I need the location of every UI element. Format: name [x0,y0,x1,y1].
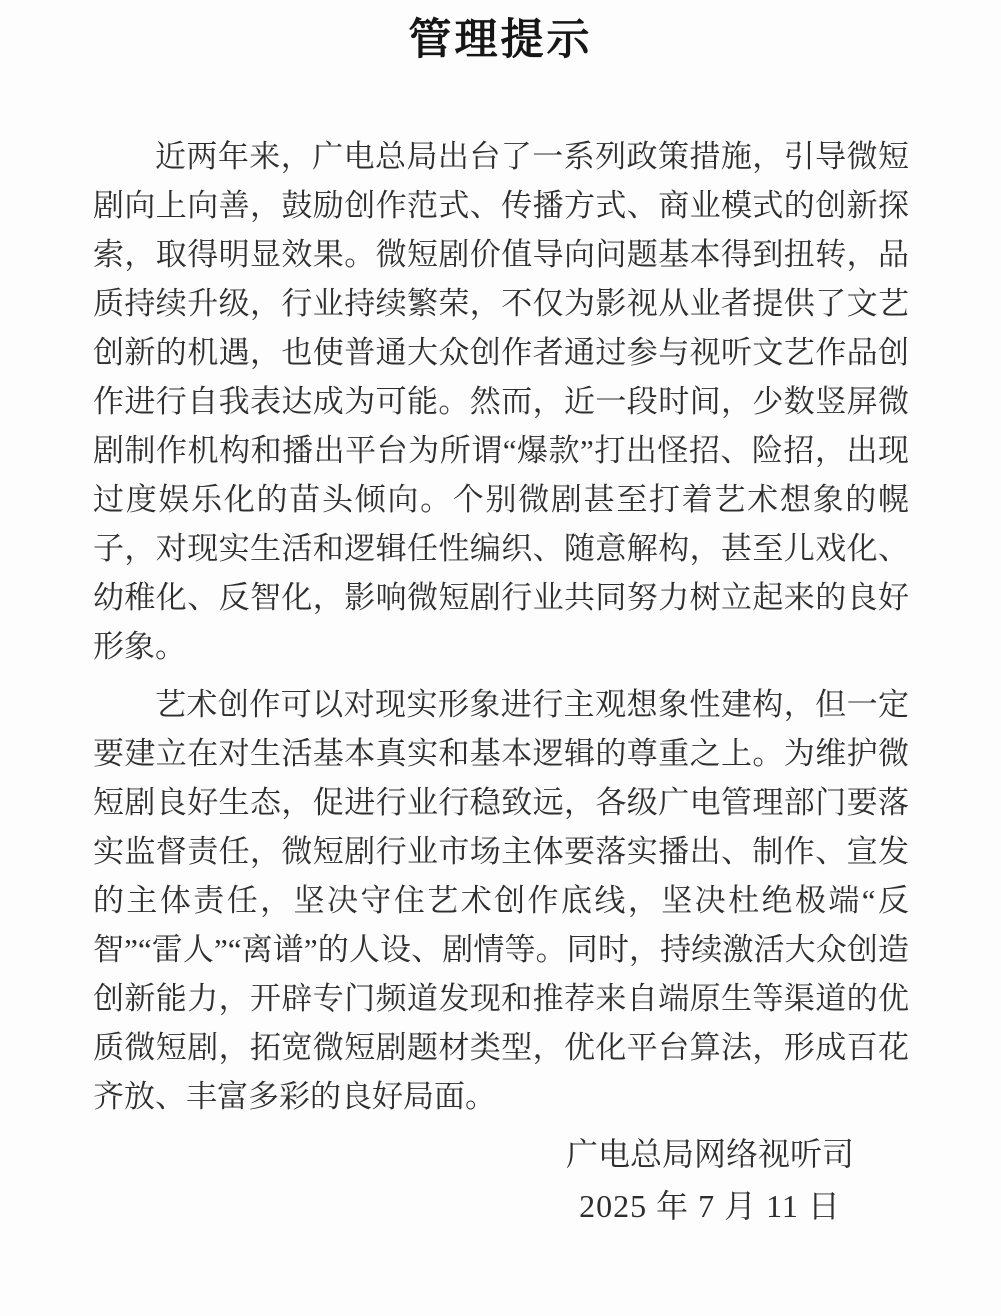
document-title: 管理提示 [0,0,1001,66]
signature-block: 广电总局网络视听司 2025 年 7 月 11 日 [420,1128,1000,1232]
paragraph-2: 艺术创作可以对现实形象进行主观想象性建构，但一定要建立在对生活基本真实和基本逻辑… [93,680,909,1121]
document-page: 管理提示 近两年来，广电总局出台了一系列政策措施，引导微短剧向上向善，鼓励创作范… [0,0,1001,1316]
signature-date: 2025 年 7 月 11 日 [420,1180,1000,1232]
paragraph-1: 近两年来，广电总局出台了一系列政策措施，引导微短剧向上向善，鼓励创作范式、传播方… [93,132,909,671]
signature-organization: 广电总局网络视听司 [420,1128,1000,1180]
document-body: 近两年来，广电总局出台了一系列政策措施，引导微短剧向上向善，鼓励创作范式、传播方… [93,132,909,1121]
